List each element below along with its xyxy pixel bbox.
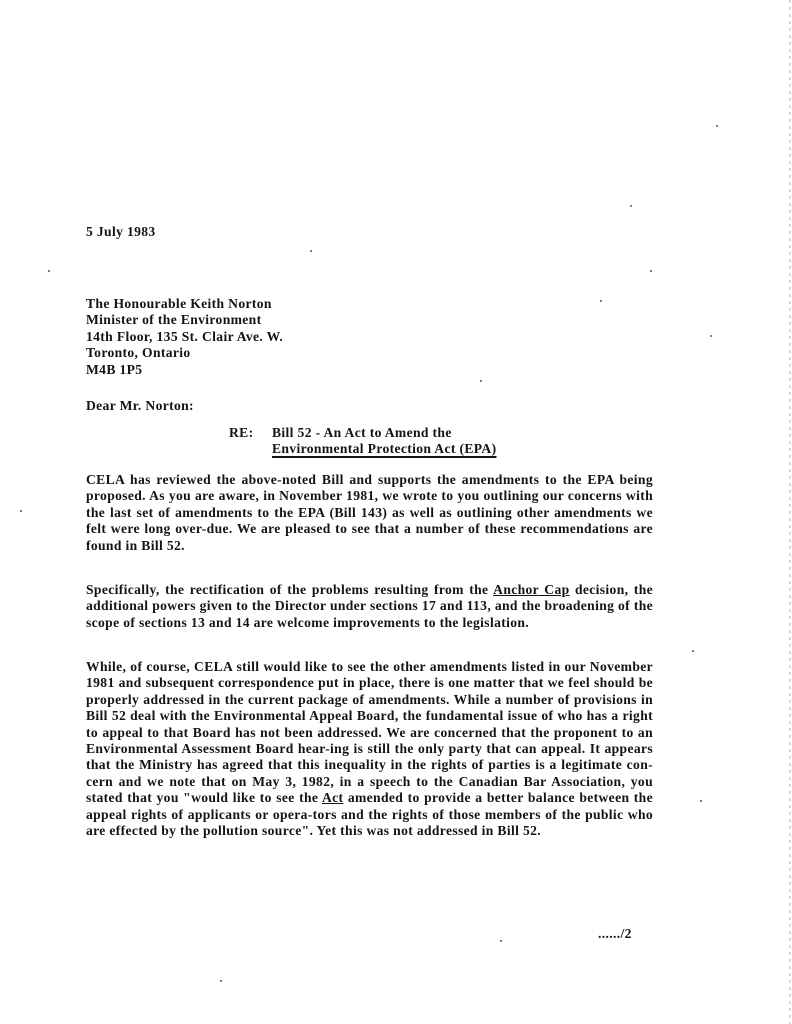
subject-line: RE: Bill 52 - An Act to Amend the Enviro… [229, 425, 496, 458]
subject-label: RE: [229, 425, 272, 458]
scan-speck [650, 270, 652, 272]
recipient-city: Toronto, Ontario [86, 345, 283, 361]
paragraph-3: While, of course, CELA still would like … [86, 659, 653, 839]
scan-speck [220, 980, 222, 982]
letter-date: 5 July 1983 [86, 224, 156, 240]
paragraph-2-text: Specifically, the rectification of the p… [86, 582, 653, 631]
scan-speck [20, 510, 22, 512]
scan-speck [630, 205, 632, 207]
scan-speck [692, 650, 694, 652]
recipient-postal-code: M4B 1P5 [86, 362, 283, 378]
act-reference: Act [322, 790, 343, 805]
scan-speck [500, 940, 502, 942]
scan-speck [700, 800, 702, 802]
anchor-cap-reference: Anchor Cap [493, 582, 569, 597]
subject-text: Bill 52 - An Act to Amend the Environmen… [272, 425, 496, 458]
paragraph-1-text: CELA has reviewed the above-noted Bill a… [86, 472, 653, 554]
paragraph-3-part-a: While, of course, CELA still would like … [86, 659, 653, 805]
scan-speck [480, 380, 482, 382]
page-continuation-marker: ....../2 [598, 926, 632, 942]
subject-line-2: Environmental Protection Act (EPA) [272, 441, 496, 457]
paragraph-3-text: While, of course, CELA still would like … [86, 659, 653, 839]
salutation: Dear Mr. Norton: [86, 398, 194, 414]
recipient-street: 14th Floor, 135 St. Clair Ave. W. [86, 329, 283, 345]
recipient-title: Minister of the Environment [86, 312, 283, 328]
scan-edge-artifact [789, 0, 791, 1024]
scan-speck [710, 335, 712, 337]
recipient-name: The Honourable Keith Norton [86, 296, 283, 312]
scan-speck [716, 125, 718, 127]
paragraph-1: CELA has reviewed the above-noted Bill a… [86, 472, 653, 554]
paragraph-2: Specifically, the rectification of the p… [86, 582, 653, 631]
scan-speck [310, 250, 312, 252]
recipient-address: The Honourable Keith Norton Minister of … [86, 296, 283, 378]
letter-page: 5 July 1983 The Honourable Keith Norton … [0, 0, 792, 1024]
subject-line-1: Bill 52 - An Act to Amend the [272, 425, 496, 441]
scan-speck [48, 270, 50, 272]
paragraph-2-part-a: Specifically, the rectification of the p… [86, 582, 493, 597]
scan-speck [600, 300, 602, 302]
